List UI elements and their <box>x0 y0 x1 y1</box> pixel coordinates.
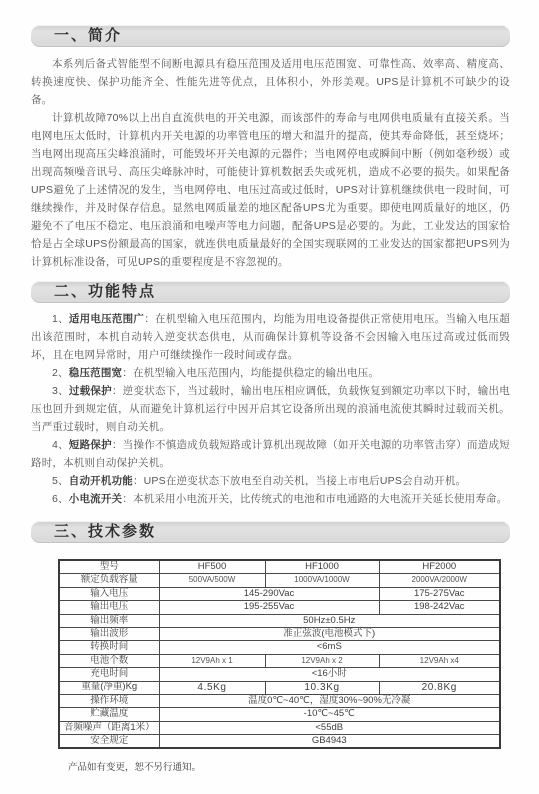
row-label: 安全规定 <box>59 735 159 749</box>
row-label: 型号 <box>59 560 159 574</box>
table-cell: HF1000 <box>265 560 379 574</box>
table-cell: 准正弦波(电池模式下) <box>159 627 500 640</box>
row-label: 操作环境 <box>59 694 159 707</box>
section-header-specs: 三、技术参数 <box>31 521 510 543</box>
feature-item: 5、自动开机功能：UPS在逆变状态下放电至自动关机，当接上市电后UPS会自动开机… <box>31 472 510 490</box>
row-label: 贮藏温度 <box>59 708 159 721</box>
table-row: 输入电压145-290Vac175-275Vac <box>59 587 500 600</box>
table-row: 输出波形准正弦波(电池模式下) <box>59 627 500 640</box>
table-cell: 175-275Vac <box>379 587 500 600</box>
footnote: 产品如有变更，恕不另行通知。 <box>68 759 510 773</box>
row-label: 充电时间 <box>59 668 159 681</box>
table-row: 安全规定GB4943 <box>59 735 500 749</box>
row-label: 电池个数 <box>59 654 159 667</box>
section-header-intro: 一、简介 <box>31 25 510 47</box>
document-page: 一、简介 本系列后备式智能型不间断电源具有稳压范围及适用电压范围宽、可靠性高、效… <box>0 0 539 794</box>
feature-item: 1、适用电压范围广：在机型输入电压范围内，均能为用电设备提供正常使用电压。当输入… <box>31 310 510 364</box>
row-label: 音频噪声（距离1米） <box>59 721 159 734</box>
table-cell: 12V9Ah x 1 <box>159 654 265 667</box>
row-label: 输出电压 <box>59 601 159 614</box>
table-row: 额定负载容量500VA/500W1000VA/1000W2000VA/2000W <box>59 574 500 587</box>
table-cell: 4.5Kg <box>159 681 265 694</box>
table-cell: 50Hz±0.5Hz <box>159 614 500 627</box>
table-cell: 195-255Vac <box>159 601 379 614</box>
row-label: 额定负载容量 <box>59 574 159 587</box>
table-cell: 1000VA/1000W <box>265 574 379 587</box>
table-cell: <16小时 <box>159 668 500 681</box>
table-cell: -10℃~45℃ <box>159 708 500 721</box>
table-row: 输出频率50Hz±0.5Hz <box>59 614 500 627</box>
features-list: 1、适用电压范围广：在机型输入电压范围内，均能为用电设备提供正常使用电压。当输入… <box>31 310 510 508</box>
table-row: 型号HF500HF1000HF2000 <box>59 560 500 574</box>
table-cell: GB4943 <box>159 735 500 749</box>
table-row: 转换时间<6mS <box>59 641 500 654</box>
intro-paragraph-1: 本系列后备式智能型不间断电源具有稳压范围及适用电压范围宽、可靠性高、效率高、精度… <box>31 55 510 109</box>
feature-item: 3、过载保护：逆变状态下，当过载时，输出电压相应调低，负载恢复到额定功率以下时，… <box>31 382 510 436</box>
table-cell: 20.8Kg <box>379 681 500 694</box>
table-cell: 2000VA/2000W <box>379 574 500 587</box>
feature-item: 4、短路保护：当操作不慎造成负载短路或计算机出现故障（如开关电源的功率管击穿）而… <box>31 436 510 472</box>
table-row: 输出电压195-255Vac198-242Vac <box>59 601 500 614</box>
table-cell: <6mS <box>159 641 500 654</box>
spec-table: 型号HF500HF1000HF2000额定负载容量500VA/500W1000V… <box>58 559 501 749</box>
table-cell: 10.3Kg <box>265 681 379 694</box>
table-cell: 198-242Vac <box>379 601 500 614</box>
spec-table-body: 型号HF500HF1000HF2000额定负载容量500VA/500W1000V… <box>59 560 500 748</box>
table-row: 充电时间<16小时 <box>59 668 500 681</box>
row-label: 输出频率 <box>59 614 159 627</box>
table-row: 音频噪声（距离1米）<55dB <box>59 721 500 734</box>
feature-item: 2、稳压范围宽：在机型输入电压范围内，均能提供稳定的输出电压。 <box>31 364 510 382</box>
table-cell: 145-290Vac <box>159 587 379 600</box>
section-title-features: 二、功能特点 <box>54 283 156 300</box>
table-cell: 12V9Ah x 2 <box>265 654 379 667</box>
table-row: 贮藏温度-10℃~45℃ <box>59 708 500 721</box>
table-cell: 500VA/500W <box>159 574 265 587</box>
intro-paragraph-2: 计算机故障70%以上出自直流供电的开关电源，而该部件的寿命与电网供电质量有直接关… <box>31 109 510 271</box>
table-cell: <55dB <box>159 721 500 734</box>
table-row: 操作环境温度0℃~40℃，湿度30%~90%无冷凝 <box>59 694 500 707</box>
row-label: 重量(净重)Kg <box>59 681 159 694</box>
section-title-specs: 三、技术参数 <box>54 523 156 540</box>
table-cell: 温度0℃~40℃，湿度30%~90%无冷凝 <box>159 694 500 707</box>
section-title-intro: 一、简介 <box>54 27 122 44</box>
feature-item: 6、小电流开关：本机采用小电流开关，比传统式的电池和市电通路的大电流开关延长使用… <box>31 490 510 508</box>
table-cell: HF500 <box>159 560 265 574</box>
table-row: 重量(净重)Kg4.5Kg10.3Kg20.8Kg <box>59 681 500 694</box>
row-label: 转换时间 <box>59 641 159 654</box>
row-label: 输出波形 <box>59 627 159 640</box>
row-label: 输入电压 <box>59 587 159 600</box>
table-cell: HF2000 <box>379 560 500 574</box>
table-cell: 12V9Ah x4 <box>379 654 500 667</box>
table-row: 电池个数12V9Ah x 112V9Ah x 212V9Ah x4 <box>59 654 500 667</box>
section-header-features: 二、功能特点 <box>31 281 510 303</box>
